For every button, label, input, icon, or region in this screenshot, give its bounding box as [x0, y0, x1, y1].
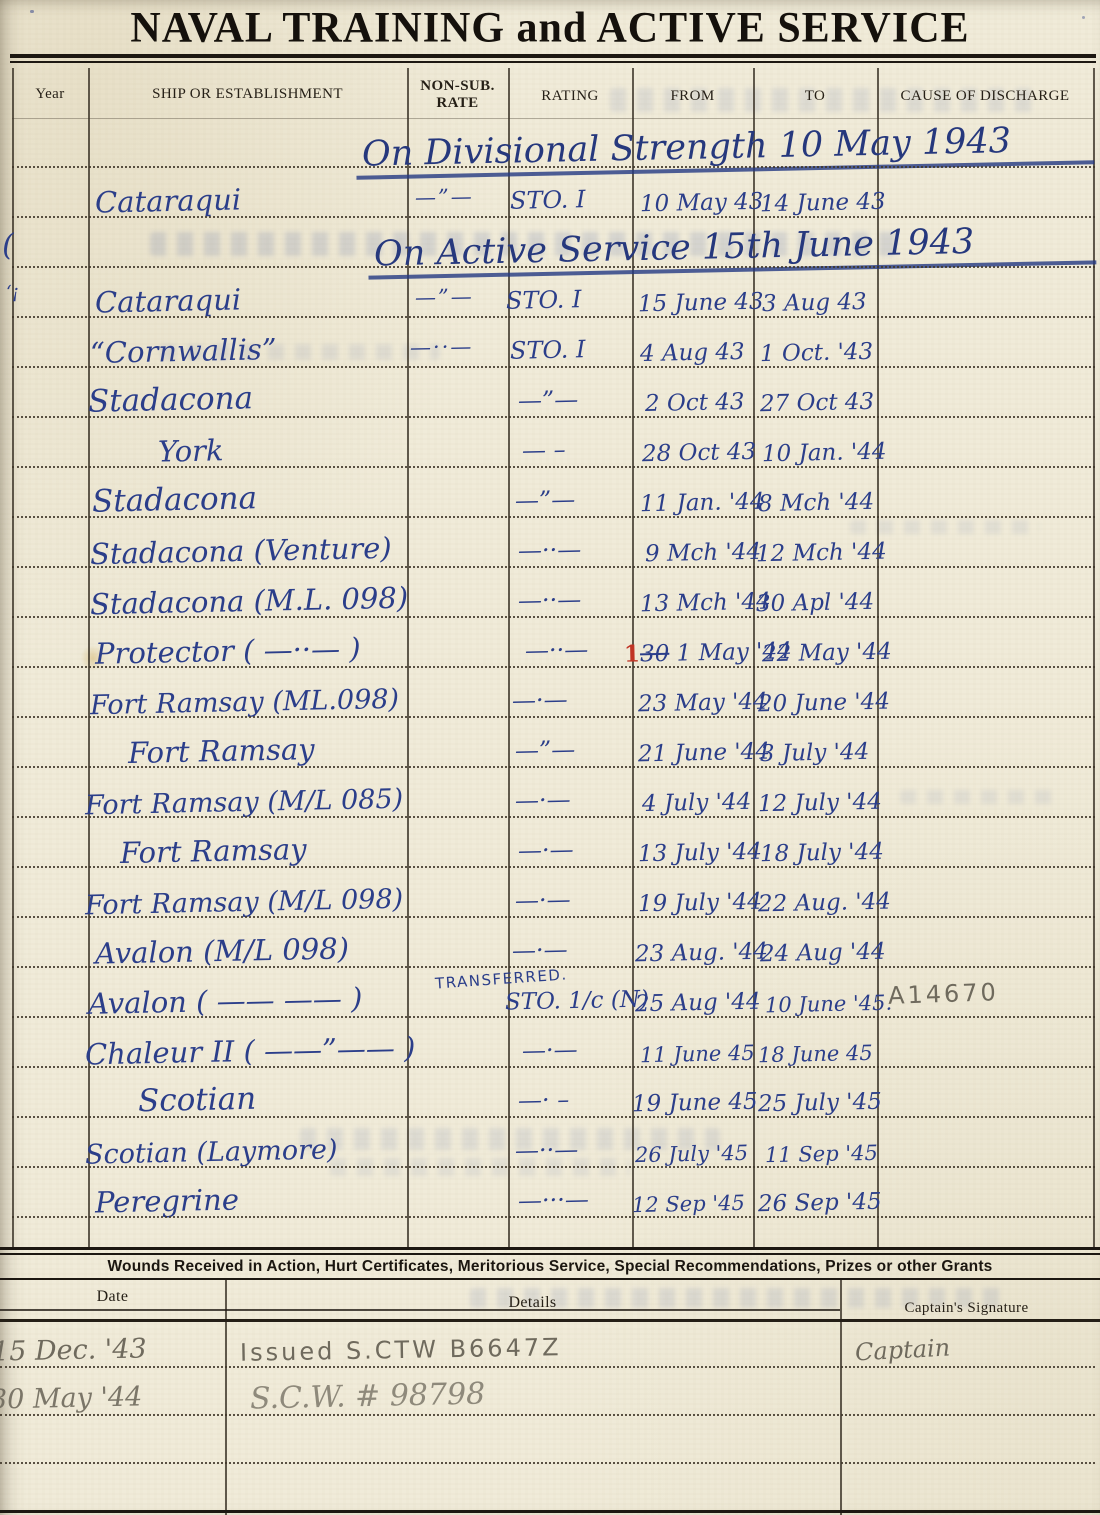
divider	[0, 1278, 1100, 1280]
page-title: NAVAL TRAINING and ACTIVE SERVICE	[0, 3, 1100, 53]
rating-entry: —··—	[525, 635, 589, 664]
from-date: 11 June 45	[640, 1041, 755, 1067]
ship-entry: Fort Ramsay (M/L 098)	[85, 884, 404, 922]
rating-entry: —···—	[518, 1185, 589, 1214]
rating-entry: —”—	[518, 385, 579, 414]
naval-service-record-page: NAVAL TRAINING and ACTIVE SERVICE Year S…	[0, 0, 1100, 1515]
ship-entry: Avalon (M/L 098)	[95, 931, 350, 970]
to-date: 1 Oct. '43	[760, 339, 874, 367]
table-row: Cataraqui —”— STO. I 15 June 43 3 Aug 43	[0, 268, 1100, 318]
ship-entry: Fort Ramsay	[128, 732, 315, 770]
to-date: 12 July '44	[758, 789, 882, 818]
non-sub-rate-entry: —··—	[410, 334, 474, 359]
wounds-section-banner: Wounds Received in Action, Hurt Certific…	[0, 1258, 1100, 1276]
non-sub-rate-entry: —”—	[415, 184, 474, 209]
table-row: Stadacona (M.L. 098) —··— 13 Mch '44 30 …	[0, 568, 1100, 618]
rating-entry: STO. 1/c (N)	[505, 986, 649, 1015]
from-date: 13 Mch '44	[640, 589, 771, 618]
rating-entry: —·—	[512, 685, 568, 714]
from-date: 19 July '44	[638, 889, 762, 918]
wounds-row: 30 May '44 S.C.W. # 98798	[0, 1368, 1100, 1416]
from-date: 4 July '44	[642, 789, 752, 817]
to-date: 18 June 45	[758, 1041, 873, 1067]
ship-entry: Peregrine	[95, 1182, 240, 1219]
rating-entry: —··—	[518, 535, 582, 564]
divider	[0, 1247, 1100, 1250]
table-row: York — – 28 Oct 43 10 Jan. '44	[0, 418, 1100, 468]
to-date: 14 June 43	[760, 189, 886, 218]
rating-entry: —·—	[512, 935, 568, 964]
ship-entry: Chaleur II ( ——”—— )	[85, 1031, 416, 1072]
rating-entry: — –	[522, 436, 566, 465]
wounds-row: 15 Dec. '43 Issued S.CTW B6647Z Captain	[0, 1320, 1100, 1368]
table-row: TRANSFERRED. Avalon ( —— —— ) STO. 1/c (…	[0, 968, 1100, 1018]
ship-entry: Scotian	[138, 1081, 257, 1119]
wounds-row	[0, 1416, 1100, 1464]
divider	[0, 1253, 1100, 1255]
to-date: 20 June '44	[758, 689, 890, 718]
divider	[10, 54, 1096, 58]
rating-entry: STO. I	[510, 185, 586, 215]
column-header-ship: SHIP OR ESTABLISHMENT	[88, 86, 407, 103]
rating-entry: —· –	[518, 1085, 570, 1114]
column-header-non-sub-rate: NON-SUB. RATE	[407, 78, 508, 112]
from-date: 10 May 43	[640, 189, 764, 218]
ship-entry: Cataraqui	[95, 282, 242, 319]
column-header-from: FROM	[632, 88, 753, 105]
to-date: 26 Sep '45	[758, 1189, 882, 1218]
ship-entry: Stadacona	[88, 380, 254, 419]
ship-entry: Fort Ramsay (M/L 085)	[85, 784, 404, 822]
from-date: 12 Sep '45	[632, 1191, 745, 1217]
from-date: 13 July '44	[638, 839, 762, 868]
divider	[10, 61, 1096, 63]
table-row: Cataraqui —”— STO. I 10 May 43 14 June 4…	[0, 168, 1100, 218]
ship-entry: Stadacona	[92, 480, 258, 519]
table-row: Stadacona (Venture) —··— 9 Mch '44 12 Mc…	[0, 518, 1100, 568]
rating-entry: STO. I	[510, 335, 586, 365]
to-date: 3 Aug 43	[762, 289, 867, 317]
to-date: 3 July '44	[760, 739, 870, 767]
table-row: Avalon (M/L 098) —·— 23 Aug. '44 24 Aug …	[0, 918, 1100, 968]
table-row: Protector ( —··— ) —··— 130 1 May '44 22…	[0, 618, 1100, 668]
rating-entry: STO. I	[506, 285, 582, 315]
entry-details: Issued S.CTW B6647Z	[240, 1333, 562, 1367]
rating-entry: —”—	[515, 485, 576, 514]
ship-entry: Stadacona (M.L. 098)	[90, 581, 409, 622]
divider	[0, 1309, 840, 1311]
column-header-non-sub-rate-line2: RATE	[436, 95, 478, 111]
to-date: 18 July '44	[760, 839, 884, 868]
ship-entry: Protector ( —··— )	[95, 631, 361, 671]
from-date: 26 July '45	[635, 1141, 749, 1167]
ship-entry: Fort Ramsay (ML.098)	[90, 684, 400, 721]
rating-entry: —·—	[515, 885, 571, 914]
from-date: 23 May '44	[638, 689, 768, 718]
table-row: Chaleur II ( ——”—— ) —·— 11 June 45 18 J…	[0, 1018, 1100, 1068]
column-header-cause: CAUSE OF DISCHARGE	[877, 88, 1093, 105]
table-row: Fort Ramsay (ML.098) —·— 23 May '44 20 J…	[0, 668, 1100, 718]
column-header-non-sub-rate-line1: NON-SUB.	[420, 78, 494, 94]
ship-entry: Avalon ( —— —— )	[88, 981, 363, 1021]
from-date: 9 Mch '44	[645, 539, 762, 567]
service-number-pencil: A14670	[888, 978, 1000, 1010]
table-row: Scotian (Laymore) —··— 26 July '45 11 Se…	[0, 1118, 1100, 1168]
from-date: 23 Aug. '44	[635, 939, 768, 968]
column-header-to: TO	[753, 88, 877, 105]
table-row: Fort Ramsay (M/L 085) —·— 4 July '44 12 …	[0, 768, 1100, 818]
divider	[0, 1510, 1100, 1513]
table-row: Stadacona —”— 2 Oct 43 27 Oct 43	[0, 368, 1100, 418]
table-row: Peregrine —···— 12 Sep '45 26 Sep '45	[0, 1168, 1100, 1218]
ship-entry: Cataraqui	[95, 182, 242, 219]
struck-out-date: 30	[640, 641, 670, 668]
table-row: Fort Ramsay (M/L 098) —·— 19 July '44 22…	[0, 868, 1100, 918]
rating-entry: —”—	[515, 735, 576, 764]
entry-details: S.C.W. # 98798	[250, 1377, 486, 1417]
rating-entry: —··—	[515, 1135, 579, 1164]
from-date: 28 Oct 43	[642, 439, 757, 467]
table-row-note: On Divisional Strength 10 May 1943	[0, 118, 1100, 168]
from-date: 4 Aug 43	[640, 339, 745, 367]
from-date: 15 June 43	[638, 289, 764, 318]
table-row-note: On Active Service 15th June 1943	[0, 218, 1100, 268]
to-date: 22 May '44	[762, 639, 892, 668]
table-row: Stadacona —”— 11 Jan. '44 8 Mch '44	[0, 468, 1100, 518]
table-row: Fort Ramsay —·— 13 July '44 18 July '44	[0, 818, 1100, 868]
from-date: 25 Aug '44	[635, 989, 761, 1018]
ship-entry: “Cornwallis”	[90, 332, 277, 370]
from-date: 19 June 45	[632, 1089, 758, 1118]
ship-entry: Scotian (Laymore)	[85, 1134, 338, 1170]
table-row: “Cornwallis” —··— STO. I 4 Aug 43 1 Oct.…	[0, 318, 1100, 368]
to-date: 27 Oct 43	[760, 389, 875, 417]
to-date: 30 Apl '44	[756, 589, 875, 617]
rating-entry: —··—	[518, 585, 582, 614]
to-date: 11 Sep '45	[765, 1141, 878, 1167]
column-header-date: Date	[0, 1288, 225, 1305]
to-date: 12 Mch '44	[756, 539, 887, 568]
red-correction-mark: 1	[624, 640, 641, 667]
to-date: 8 Mch '44	[758, 489, 875, 517]
non-sub-rate-entry: —”—	[415, 284, 474, 309]
to-date: 24 Aug '44	[760, 939, 886, 968]
from-date: 21 June '44	[638, 739, 770, 768]
wounds-row	[0, 1464, 1100, 1512]
ship-entry: Stadacona (Venture)	[90, 531, 392, 571]
table-row: Scotian —· – 19 June 45 25 July '45	[0, 1068, 1100, 1118]
ship-entry: York	[158, 433, 224, 468]
captain-signature: Captain	[854, 1334, 950, 1367]
rating-entry: —·—	[515, 785, 571, 814]
rating-entry: —·—	[518, 835, 574, 864]
entry-date: 30 May '44	[0, 1381, 143, 1415]
to-date: 22 Aug. '44	[758, 889, 891, 918]
column-header-rating: RATING	[508, 88, 632, 105]
to-date: 10 Jan. '44	[762, 439, 887, 468]
column-header-signature: Captain's Signature	[840, 1300, 1093, 1317]
rating-entry: —·—	[522, 1035, 578, 1064]
from-date: 2 Oct 43	[645, 389, 745, 417]
column-header-year: Year	[12, 86, 88, 103]
ship-entry: Fort Ramsay	[120, 832, 307, 870]
entry-date: 15 Dec. '43	[0, 1333, 147, 1367]
to-date: 25 July '45	[758, 1089, 882, 1118]
table-row: Fort Ramsay —”— 21 June '44 3 July '44	[0, 718, 1100, 768]
from-date: 11 Jan. '44	[640, 489, 765, 518]
to-date: 10 June '45.	[765, 991, 893, 1018]
